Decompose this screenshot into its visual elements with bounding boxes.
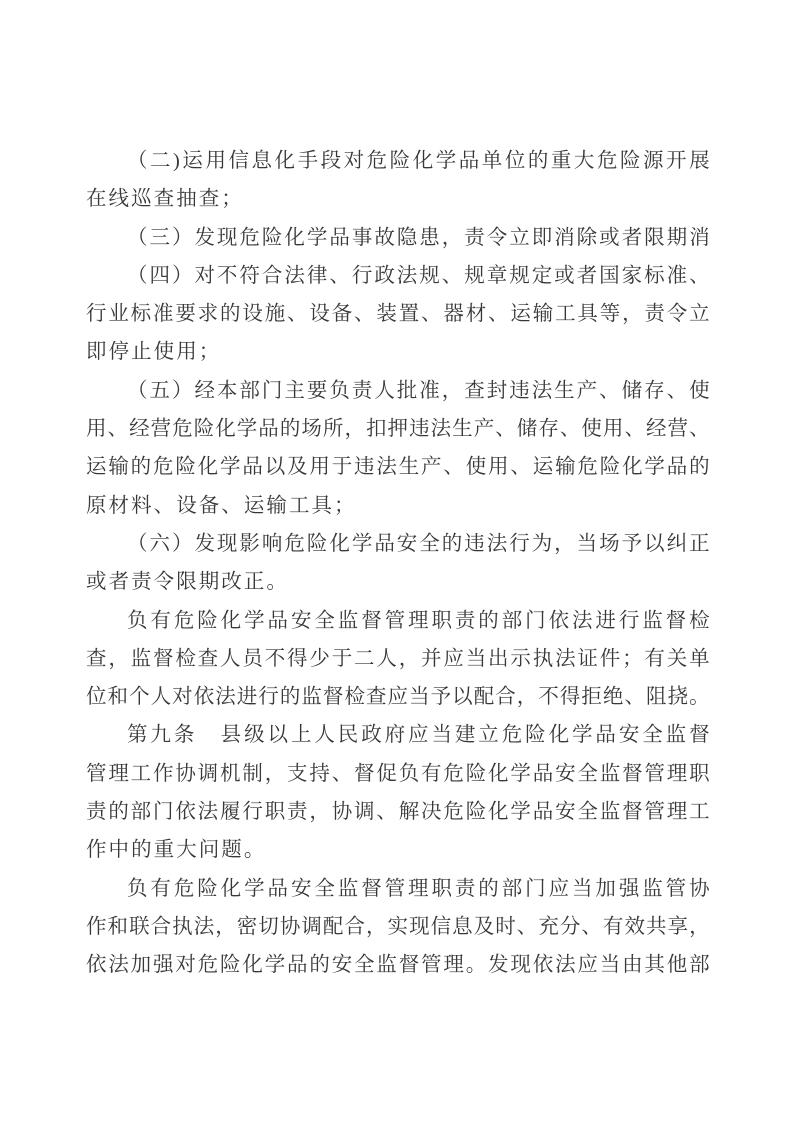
document-text-line: （六）发现影响危险化学品安全的违法行为，当场予以纠正 xyxy=(86,525,710,563)
document-text-line: （三）发现危险化学品事故隐患，责令立即消除或者限期消除； xyxy=(86,219,710,257)
document-text-line: 即停止使用； xyxy=(86,333,710,371)
document-text-line: 运输的危险化学品以及用于违法生产、使用、运输危险化学品的 xyxy=(86,448,710,486)
document-page: （二)运用信息化手段对危险化学品单位的重大危险源开展 在线巡查抽查； （三）发现… xyxy=(0,0,793,1122)
document-text-line: 或者责令限期改正。 xyxy=(86,563,710,601)
document-text-line: 负有危险化学品安全监督管理职责的部门依法进行监督检 xyxy=(86,602,710,640)
document-text-line: 原材料、设备、运输工具； xyxy=(86,487,710,525)
document-text-line: 第九条 县级以上人民政府应当建立危险化学品安全监督 xyxy=(86,716,710,754)
document-text-line: 位和个人对依法进行的监督检查应当予以配合，不得拒绝、阻挠。 xyxy=(86,678,710,716)
document-text-block: （二)运用信息化手段对危险化学品单位的重大危险源开展 在线巡查抽查； （三）发现… xyxy=(86,142,710,985)
document-text-line: 作和联合执法，密切协调配合，实现信息及时、充分、有效共享， xyxy=(86,908,710,946)
document-text-line: 管理工作协调机制，支持、督促负有危险化学品安全监督管理职 xyxy=(86,755,710,793)
document-text-line: 行业标准要求的设施、设备、装置、器材、运输工具等，责令立 xyxy=(86,295,710,333)
document-text-line: 负有危险化学品安全监督管理职责的部门应当加强监管协 xyxy=(86,870,710,908)
document-text-line: 查，监督检查人员不得少于二人，并应当出示执法证件；有关单 xyxy=(86,640,710,678)
document-text-line: （四）对不符合法律、行政法规、规章规定或者国家标准、 xyxy=(86,257,710,295)
document-text-line: （二)运用信息化手段对危险化学品单位的重大危险源开展 xyxy=(86,142,710,180)
document-text-line: 在线巡查抽查； xyxy=(86,180,710,218)
document-text-line: 依法加强对危险化学品的安全监督管理。发现依法应当由其他部 xyxy=(86,946,710,984)
document-text-line: （五）经本部门主要负责人批准，查封违法生产、储存、使 xyxy=(86,372,710,410)
document-text-line: 责的部门依法履行职责，协调、解决危险化学品安全监督管理工 xyxy=(86,793,710,831)
document-text-line: 作中的重大问题。 xyxy=(86,831,710,869)
document-text-line: 用、经营危险化学品的场所，扣押违法生产、储存、使用、经营、 xyxy=(86,410,710,448)
